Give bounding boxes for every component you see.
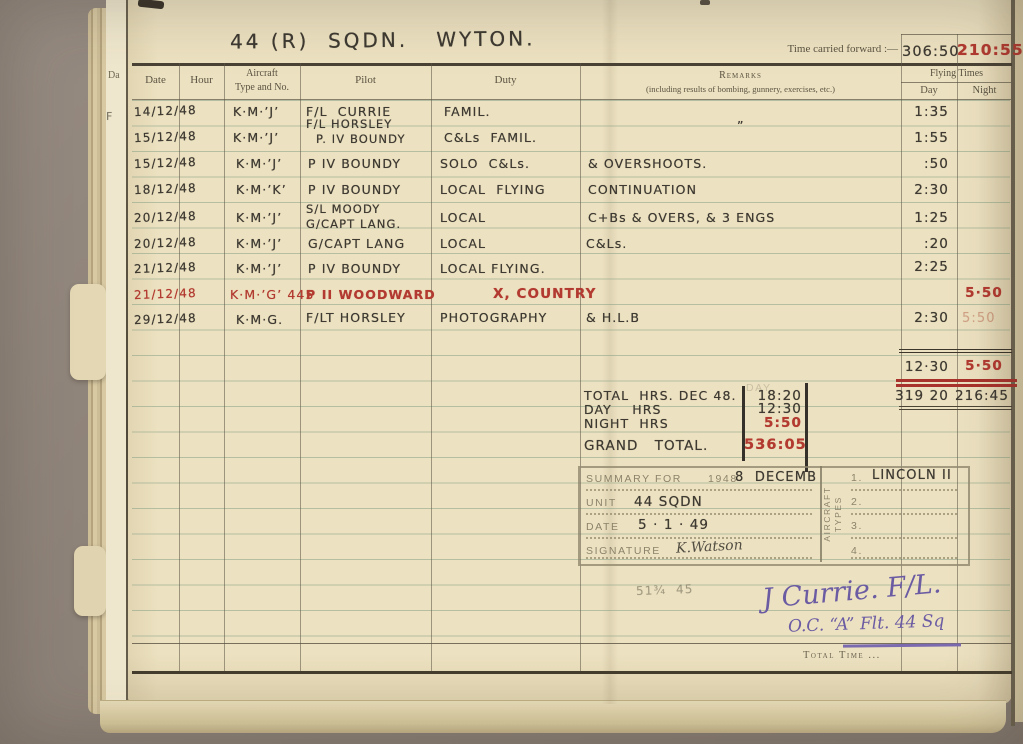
pencil-ghost-note: 51¾ 45 bbox=[636, 582, 694, 598]
page-bottom-edge bbox=[100, 700, 1006, 733]
red-rule-a bbox=[896, 379, 1017, 382]
summary-month-hand: 8 DECEMB bbox=[735, 470, 817, 485]
type-leader-4 bbox=[851, 557, 957, 559]
row-aircraft: K·M·’J’ bbox=[236, 210, 282, 225]
totals-line3-label: NIGHT HRS bbox=[584, 416, 669, 431]
header-aircraft-line1: Aircraft bbox=[224, 68, 300, 79]
header-flying-times: Flying Times bbox=[901, 68, 1012, 79]
title-rule bbox=[132, 63, 1012, 66]
squadron-title: 44 (R) SQDN. WYTON. bbox=[230, 26, 536, 53]
row-day-time: :50 bbox=[893, 156, 949, 172]
logbook-scan: Da F Time carried forward :— 306:50 210:… bbox=[0, 0, 1023, 744]
row-pilot: P II WOODWARD bbox=[306, 287, 436, 302]
row-date: 29/12/48 bbox=[134, 311, 197, 327]
header-duty: Duty bbox=[431, 74, 580, 86]
adjacent-page-edge bbox=[1015, 0, 1023, 722]
header-pilot: Pilot bbox=[300, 74, 431, 86]
col-line-aircraft-pilot bbox=[300, 63, 301, 672]
row-remarks: CONTINUATION bbox=[588, 182, 697, 197]
row-duty: PHOTOGRAPHY bbox=[440, 310, 547, 325]
row-day-time: :20 bbox=[893, 236, 949, 252]
day-subtotal: 12·30 bbox=[893, 359, 949, 375]
aircraft-type-2-no: 2. bbox=[851, 496, 863, 508]
grand-rule-a bbox=[899, 406, 1012, 407]
row-pilot: P IV BOUNDY bbox=[308, 261, 401, 276]
row-date: 14/12/48 bbox=[134, 103, 197, 119]
row-aircraft: K·M·’J’ bbox=[233, 104, 279, 119]
carried-forward-label: Time carried forward :— bbox=[760, 43, 898, 55]
date-label: DATE bbox=[586, 521, 620, 533]
row-date: 15/12/48 bbox=[134, 155, 197, 171]
night-subtotal: 5·50 bbox=[958, 358, 1010, 374]
row-aircraft: K·M·’J’ bbox=[236, 156, 282, 171]
aircraft-type-1-no: 1. bbox=[851, 472, 863, 484]
row-pilot: P IV BOUNDY bbox=[308, 156, 401, 171]
row-duty: LOCAL bbox=[440, 236, 486, 251]
row-day-time: 2:30 bbox=[893, 310, 949, 326]
row-aircraft: K·M·’J’ bbox=[236, 236, 282, 251]
unit-value: 44 SQDN bbox=[634, 494, 703, 510]
page-edge-tab-upper bbox=[70, 284, 106, 380]
total-time-label: Total Time ... bbox=[803, 650, 881, 661]
row-date: 21/12/48 bbox=[134, 260, 197, 276]
row-duty: C&Ls FAMIL. bbox=[444, 130, 537, 145]
totals-line3-value: 5:50 bbox=[746, 415, 802, 431]
header-aircraft-line2: Type and No. bbox=[224, 82, 300, 93]
row-pilot: G/CAPT LANG bbox=[308, 236, 405, 251]
row-pilot: S/L MOODY bbox=[306, 202, 380, 216]
summary-leader-1 bbox=[586, 489, 812, 491]
unit-label: UNIT bbox=[586, 497, 617, 509]
row-day-time: 2:30 bbox=[893, 182, 949, 198]
row-duty: LOCAL bbox=[440, 210, 486, 225]
summary-for-label: SUMMARY FOR bbox=[586, 473, 682, 485]
type-leader-2 bbox=[851, 513, 957, 515]
type-leader-1 bbox=[851, 489, 957, 491]
row-remarks: & H.L.B bbox=[586, 310, 640, 325]
summary-leader-2 bbox=[586, 513, 812, 515]
row-duty: FAMIL. bbox=[444, 104, 491, 119]
row-remarks: C&Ls. bbox=[586, 236, 627, 251]
totals-bracket-right bbox=[805, 383, 808, 472]
totals-line4-label: GRAND TOTAL. bbox=[584, 438, 708, 454]
under-page-pencil-mark: F bbox=[106, 110, 113, 123]
row-aircraft: K·M·’J’ bbox=[233, 130, 279, 145]
row-date: 15/12/48 bbox=[134, 129, 197, 145]
row-aircraft: K·M·’J’ bbox=[236, 261, 282, 276]
aircraft-types-vertical-label: AIRCRAFT TYPES bbox=[822, 469, 848, 559]
night-grand-total: 216:45 bbox=[953, 388, 1011, 404]
row-pilot-second: P. IV BOUNDY bbox=[316, 132, 406, 146]
header-remarks-line1: Remarks bbox=[580, 70, 901, 81]
col-line-date-hour bbox=[179, 63, 180, 672]
grand-rule-b bbox=[899, 409, 1012, 410]
row-date: 20/12/48 bbox=[134, 235, 197, 251]
carried-forward-day-value: 306:50 bbox=[902, 44, 955, 60]
date-value: 5 · 1 · 49 bbox=[638, 517, 709, 533]
page-edge-tab-lower bbox=[74, 546, 106, 616]
header-hour: Hour bbox=[179, 74, 224, 86]
row-date: 20/12/48 bbox=[134, 209, 197, 225]
type-leader-3 bbox=[851, 537, 957, 539]
row-aircraft: K·M·’G’ 445 bbox=[230, 287, 315, 302]
row-night-time: 5·50 bbox=[958, 285, 1010, 301]
subtotal-rule-a bbox=[899, 349, 1012, 350]
header-day: Day bbox=[901, 85, 957, 96]
row-aircraft: K·M·’K’ bbox=[236, 182, 287, 197]
row-remarks: & OVERSHOOTS. bbox=[588, 156, 707, 171]
signature-label: SIGNATURE bbox=[586, 545, 661, 557]
carried-forward-night-value: 210:55 bbox=[957, 41, 1015, 59]
aircraft-type-1-value: LINCOLN II bbox=[872, 468, 952, 483]
bottom-rule bbox=[132, 671, 1012, 674]
row-duty: X, COUNTRY bbox=[493, 286, 597, 302]
totals-line4-value: 536:05 bbox=[744, 437, 804, 453]
header-night: Night bbox=[957, 85, 1012, 96]
red-rule-b bbox=[896, 384, 1017, 387]
row-day-time: 1:25 bbox=[893, 210, 949, 226]
row-remarks: C+Bs & OVERS, & 3 ENGS bbox=[588, 210, 775, 225]
totals-line2-label: DAY HRS bbox=[584, 402, 662, 417]
night-time-ghost: 5:50 bbox=[962, 311, 996, 326]
row-duty: LOCAL FLYING bbox=[440, 182, 546, 197]
header-remarks-line2: (including results of bombing, gunnery, … bbox=[580, 84, 901, 94]
summary-year: 1948 bbox=[708, 473, 738, 485]
row-aircraft: K·M·G. bbox=[236, 312, 283, 327]
row-duty: LOCAL FLYING. bbox=[440, 261, 546, 276]
row-date: 21/12/48 bbox=[134, 286, 197, 302]
summary-leader-4 bbox=[586, 557, 812, 559]
col-line-pilot-duty bbox=[431, 63, 432, 672]
binding-mark-top-mid bbox=[700, 0, 710, 5]
totals-line1-label: TOTAL HRS. DEC 48. bbox=[584, 388, 737, 403]
col-line-hour-aircraft bbox=[224, 63, 225, 672]
row-day-time: 1:55 bbox=[893, 130, 949, 146]
aircraft-type-4-no: 4. bbox=[851, 545, 863, 557]
row-date: 18/12/48 bbox=[134, 181, 197, 197]
aircraft-type-3-no: 3. bbox=[851, 520, 863, 532]
row-pilot: F/LT HORSLEY bbox=[306, 310, 406, 325]
row-duty: SOLO C&Ls. bbox=[440, 156, 530, 171]
row-remarks-ditto: ” bbox=[737, 118, 745, 133]
day-grand-total: 319 20 bbox=[891, 388, 949, 404]
row-pilot: P IV BOUNDY bbox=[308, 182, 401, 197]
row-pilot-second: G/CAPT LANG. bbox=[306, 217, 401, 231]
row-day-time: 2:25 bbox=[893, 259, 949, 275]
header-date: Date bbox=[132, 74, 179, 86]
col-line-duty-remarks bbox=[580, 63, 581, 672]
header-bottom-rule bbox=[132, 99, 1012, 100]
subtotal-rule-b bbox=[899, 352, 1012, 353]
row-day-time: 1:35 bbox=[893, 104, 949, 120]
row-pilot: F/L HORSLEY bbox=[306, 117, 392, 131]
under-page-peek-text: Da bbox=[108, 70, 128, 81]
